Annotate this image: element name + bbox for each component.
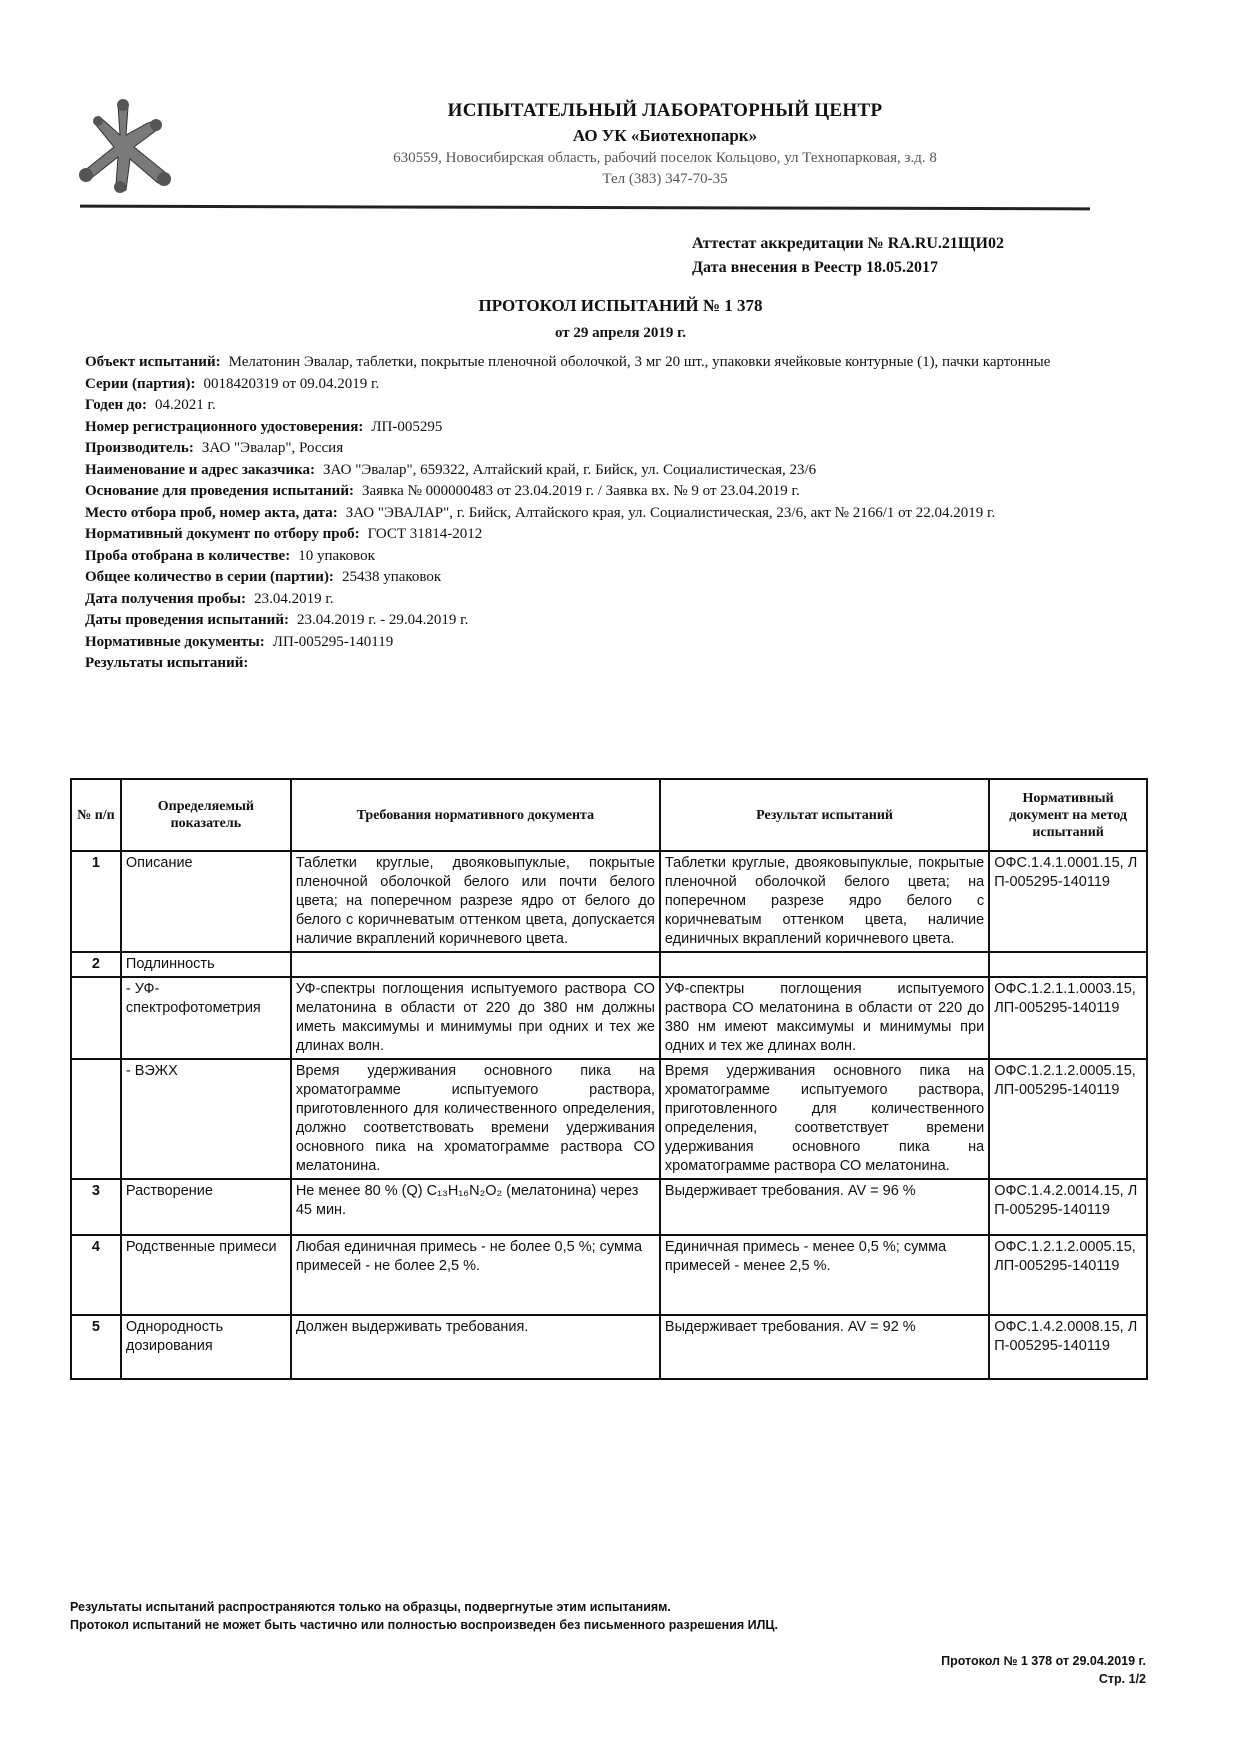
table-row: 4 Родственные примеси Любая единичная пр…	[71, 1235, 1147, 1315]
table-row: 1 Описание Таблетки круглые, двояковыпук…	[71, 851, 1147, 952]
protocol-meta: Объект испытаний:Мелатонин Эвалар, табле…	[85, 352, 1105, 675]
meta-customer: Наименование и адрес заказчика:ЗАО "Эвал…	[85, 460, 1105, 482]
footer-note-copyright: Протокол испытаний не может быть частичн…	[70, 1616, 778, 1634]
table-row: - УФ-спектрофотометрия УФ-спектры поглощ…	[71, 977, 1147, 1059]
table-row: 2 Подлинность	[71, 952, 1147, 977]
protocol-title: ПРОТОКОЛ ИСПЫТАНИЙ № 1 378	[0, 296, 1241, 316]
table-header-row: № п/п Определяемый показатель Требования…	[71, 779, 1147, 851]
meta-expiry: Годен до:04.2021 г.	[85, 395, 1105, 417]
meta-norm-docs: Нормативные документы:ЛП-005295-140119	[85, 632, 1105, 654]
registry-date: Дата внесения в Реестр 18.05.2017	[692, 256, 1004, 280]
col-header-indicator: Определяемый показатель	[121, 779, 291, 851]
col-header-num: № п/п	[71, 779, 121, 851]
results-table: № п/п Определяемый показатель Требования…	[70, 778, 1148, 1380]
org-address: 630559, Новосибирская область, рабочий п…	[250, 150, 1080, 167]
table-row: 3 Растворение Не менее 80 % (Q) C₁₃H₁₆N₂…	[71, 1179, 1147, 1235]
protocol-date: от 29 апреля 2019 г.	[0, 325, 1241, 342]
org-name: ИСПЫТАТЕЛЬНЫЙ ЛАБОРАТОРНЫЙ ЦЕНТР	[250, 100, 1080, 122]
accreditation-block: Аттестат аккредитации № RA.RU.21ЩИ02 Дат…	[692, 232, 1004, 280]
footer-note-scope: Результаты испытаний распространяются то…	[70, 1598, 778, 1616]
lab-header: ИСПЫТАТЕЛЬНЫЙ ЛАБОРАТОРНЫЙ ЦЕНТР АО УК «…	[250, 100, 1080, 188]
meta-sampling-place: Место отбора проб, номер акта, дата:ЗАО …	[85, 503, 1105, 525]
footer-notes: Результаты испытаний распространяются то…	[70, 1598, 778, 1634]
meta-sample-qty: Проба отобрана в количестве:10 упаковок	[85, 546, 1105, 568]
col-header-method: Нормативный документ на метод испытаний	[989, 779, 1147, 851]
meta-registration: Номер регистрационного удостоверения:ЛП-…	[85, 417, 1105, 439]
meta-batch-qty: Общее количество в серии (партии):25438 …	[85, 567, 1105, 589]
biotech-logo-icon	[78, 95, 173, 195]
table-row: - ВЭЖХ Время удерживания основного пика …	[71, 1059, 1147, 1179]
accreditation-certificate: Аттестат аккредитации № RA.RU.21ЩИ02	[692, 232, 1004, 256]
col-header-result: Результат испытаний	[660, 779, 989, 851]
meta-manufacturer: Производитель:ЗАО "Эвалар", Россия	[85, 438, 1105, 460]
meta-receipt-date: Дата получения пробы:23.04.2019 г.	[85, 589, 1105, 611]
company-name: АО УК «Биотехнопарк»	[250, 126, 1080, 146]
meta-basis: Основание для проведения испытаний:Заявк…	[85, 481, 1105, 503]
table-row: 5 Однородность дозирования Должен выдерж…	[71, 1315, 1147, 1379]
meta-object: Объект испытаний:Мелатонин Эвалар, табле…	[85, 352, 1105, 374]
meta-series: Серии (партия):0018420319 от 09.04.2019 …	[85, 374, 1105, 396]
meta-results-heading: Результаты испытаний:	[85, 653, 1105, 675]
header-divider	[80, 205, 1090, 211]
page-info: Протокол № 1 378 от 29.04.2019 г. Стр. 1…	[941, 1652, 1146, 1688]
meta-test-dates: Даты проведения испытаний:23.04.2019 г. …	[85, 610, 1105, 632]
org-phone: Тел (383) 347-70-35	[250, 171, 1080, 188]
protocol-reference: Протокол № 1 378 от 29.04.2019 г.	[941, 1652, 1146, 1670]
meta-sampling-norm: Нормативный документ по отбору проб:ГОСТ…	[85, 524, 1105, 546]
col-header-requirement: Требования нормативного документа	[291, 779, 660, 851]
page-number: Стр. 1/2	[941, 1670, 1146, 1688]
